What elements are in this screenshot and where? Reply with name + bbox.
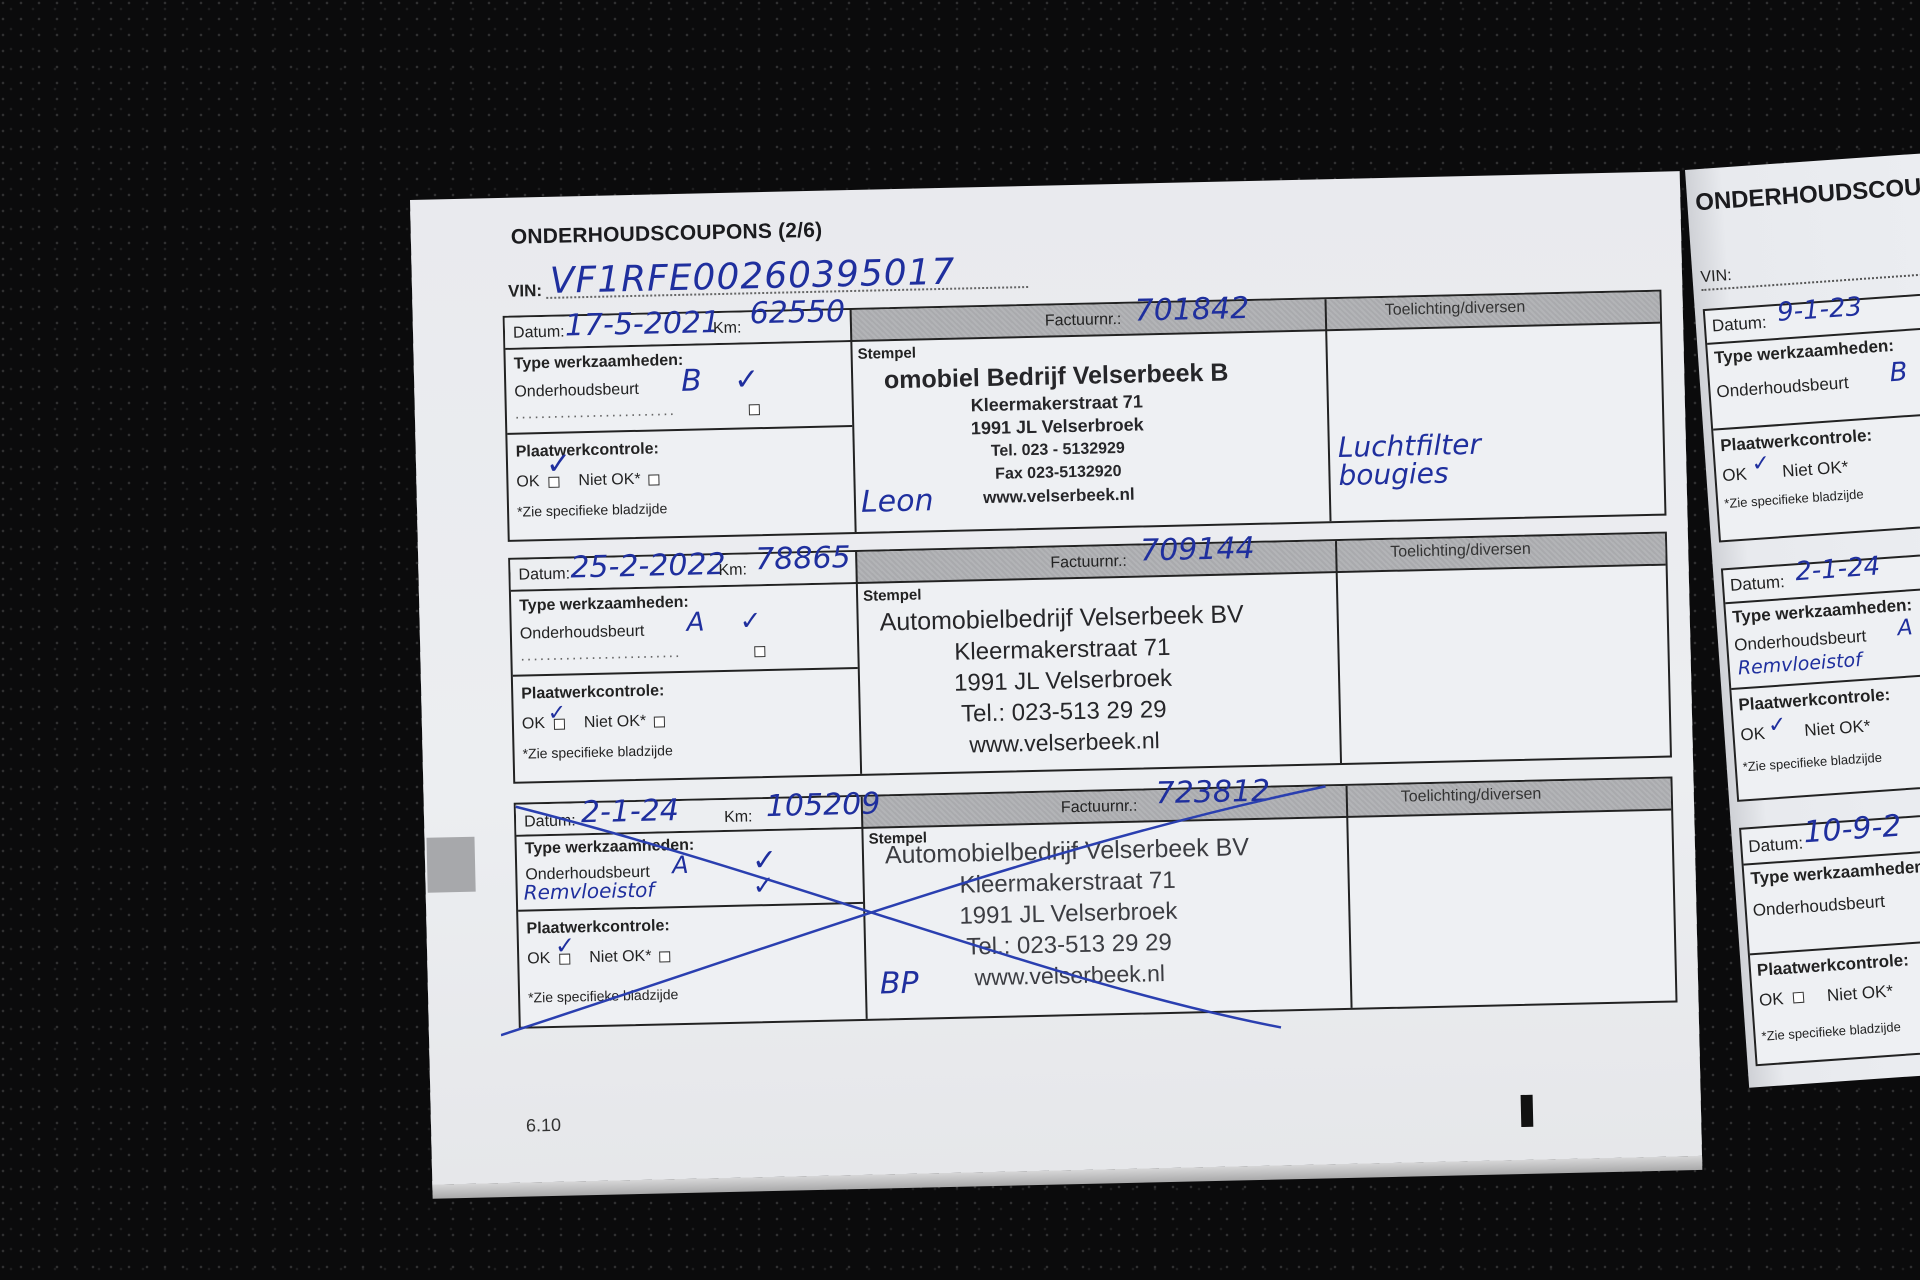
ok-checkmark: ✓ — [1767, 712, 1787, 738]
ok-label: OK — [1740, 724, 1766, 746]
date-label: Datum: — [524, 812, 576, 831]
work-type-label: Type werkzaamheden: — [525, 837, 695, 859]
ok-label: OK — [516, 473, 540, 492]
body-check-label: Plaatwerkcontrole: — [516, 440, 660, 461]
coupon-header-band: Datum: 25-2-2022 Km: 78865 Factuurnr.: 7… — [510, 534, 1665, 592]
footnote: *Zie specifieke bladzijde — [517, 500, 668, 519]
column-divider — [850, 310, 857, 532]
not-ok-checkbox[interactable] — [648, 474, 659, 485]
page-title: ONDERHOUDSCOUPONS (2/6) — [511, 219, 823, 250]
body-check-label: Plaatwerkcontrole: — [521, 682, 665, 703]
not-ok-label: Niet OK* — [589, 948, 652, 967]
not-ok-checkbox[interactable] — [659, 951, 670, 962]
service-type-value: A — [686, 607, 704, 637]
notes-header: Toelichting/diversen — [1390, 541, 1531, 562]
date-value: 2-1-24 — [1794, 551, 1881, 587]
body-check-label: Plaatwerkcontrole: — [526, 917, 670, 938]
date-label: Datum: — [1729, 572, 1785, 596]
service-label: Onderhoudsbeurt — [520, 623, 645, 644]
extra-item-checkmark: ✓ — [752, 871, 774, 901]
ok-checkmark: ✓ — [546, 446, 572, 482]
body-check-label: Plaatwerkcontrole: — [1738, 685, 1891, 716]
service-checkmark: ✓ — [739, 606, 761, 636]
page-number: 6.10 — [526, 1115, 562, 1137]
row-divider — [507, 425, 852, 435]
service-checkmark: ✓ — [734, 362, 760, 398]
date-value: 17-5-2021 — [565, 305, 721, 344]
extra-item-value: Remvloeistof — [523, 878, 654, 905]
row-divider — [513, 667, 858, 677]
date-value: 25-2-2022 — [570, 547, 726, 586]
maintenance-booklet-left-page: ONDERHOUDSCOUPONS (2/6) VIN: VF1RFE00260… — [410, 171, 1702, 1185]
stamp-label: Stempel — [863, 587, 922, 605]
dealer-stamp: Automobielbedrijf Velserbeek BV Kleermak… — [861, 599, 1264, 763]
date-value: 2-1-24 — [581, 793, 680, 830]
date-value: 10-9-2 — [1802, 809, 1902, 851]
date-label: Datum: — [518, 565, 570, 584]
date-label: Datum: — [1711, 313, 1767, 337]
body-check-label: Plaatwerkcontrole: — [1756, 950, 1909, 981]
km-label: Km: — [713, 320, 742, 339]
work-type-label: Type werkzaamheden: — [519, 594, 689, 616]
footnote: *Zie specifieke bladzijde — [522, 742, 673, 761]
not-ok-label: Niet OK* — [1804, 716, 1871, 741]
invoice-label: Factuurnr.: — [1061, 798, 1138, 818]
dealer-stamp: Automobielbedrijf Velserbeek BV Kleermak… — [867, 832, 1270, 996]
column-divider — [861, 797, 868, 1019]
vin-value: VF1RFE00260395017 — [549, 252, 955, 302]
service-type-value: B — [681, 363, 702, 398]
invoice-label: Factuurnr.: — [1045, 311, 1122, 331]
maintenance-coupon: Datum: 10-9-2 Type werkzaamheden: Onderh… — [1739, 807, 1920, 1067]
not-ok-label: Niet OK* — [1826, 982, 1893, 1007]
page-title: ONDERHOUDSCOUPONS — [1694, 169, 1920, 217]
ok-checkbox[interactable] — [1793, 992, 1805, 1004]
km-value: 105209 — [765, 786, 880, 824]
page-edge — [432, 1156, 1702, 1199]
maintenance-coupon: Datum: 25-2-2022 Km: 78865 Factuurnr.: 7… — [508, 532, 1672, 784]
invoice-value: 723812 — [1155, 774, 1270, 812]
ok-label: OK — [527, 950, 551, 969]
service-label: Onderhoudsbeurt — [1716, 373, 1849, 402]
service-type-value: B — [1889, 357, 1909, 388]
not-ok-label: Niet OK* — [1782, 457, 1849, 482]
invoice-value: 709144 — [1140, 531, 1255, 569]
column-divider — [855, 552, 862, 774]
invoice-value: 701842 — [1134, 291, 1249, 329]
column-divider — [1346, 786, 1353, 1008]
notes-header: Toelichting/diversen — [1385, 299, 1526, 320]
ok-checkmark: ✓ — [555, 931, 576, 959]
service-type-value: A — [672, 851, 689, 879]
ok-label: OK — [522, 715, 546, 734]
coupon-header-band: Datum: 2-1-24 Km: 105209 Factuurnr.: 723… — [516, 779, 1671, 837]
not-ok-label: Niet OK* — [584, 713, 647, 732]
maintenance-coupon: Datum: 9-1-23 K Type werkzaamheden: Onde… — [1703, 288, 1920, 543]
mechanic-signature: Leon — [861, 483, 934, 520]
km-value: 62550 — [749, 294, 845, 331]
maintenance-booklet-right-page: ONDERHOUDSCOUPONS VIN: Datum: 9-1-23 K T… — [1685, 149, 1920, 1088]
print-registration-mark — [1521, 1095, 1534, 1127]
mechanic-signature: BP — [880, 966, 919, 1002]
stamp-label: Stempel — [857, 345, 916, 363]
vin-label: VIN: — [508, 281, 542, 302]
not-ok-label: Niet OK* — [578, 471, 641, 490]
km-label: Km: — [718, 561, 747, 580]
section-tab-marker — [426, 837, 475, 893]
service-label: Onderhoudsbeurt — [1752, 892, 1885, 921]
ok-label: OK — [1758, 989, 1784, 1011]
date-label: Datum: — [513, 324, 565, 343]
vin-field: VIN: — [1700, 250, 1920, 291]
notes-header: Toelichting/diversen — [1401, 785, 1542, 806]
extra-item-checkbox[interactable] — [754, 646, 765, 657]
maintenance-coupon: Datum: 17-5-2021 Km: 62550 Factuurnr.: 7… — [503, 290, 1667, 542]
vin-label: VIN: — [1700, 267, 1732, 286]
not-ok-checkbox[interactable] — [654, 716, 665, 727]
column-divider — [1335, 541, 1342, 763]
notes-value: Luchtfilter bougies — [1338, 431, 1482, 490]
ok-checkmark: ✓ — [1751, 451, 1771, 477]
date-label: Datum: — [1748, 833, 1804, 857]
extra-item-checkbox[interactable] — [749, 404, 760, 415]
footnote: *Zie specifieke bladzijde — [1761, 1019, 1901, 1044]
extra-item-dotted-line: ......................... — [515, 402, 677, 424]
row-divider — [1713, 408, 1920, 431]
ok-checkmark: ✓ — [547, 701, 566, 726]
extra-item-dotted-line: ......................... — [520, 644, 682, 666]
maintenance-coupon: Datum: 2-1-24 Type werkzaamheden: Onderh… — [1721, 547, 1920, 802]
body-check-label: Plaatwerkcontrole: — [1720, 426, 1873, 457]
invoice-label: Factuurnr.: — [1050, 553, 1127, 573]
km-value: 78865 — [755, 540, 851, 577]
ok-label: OK — [1722, 464, 1748, 486]
service-type-value: A — [1897, 615, 1914, 641]
column-divider — [1324, 299, 1331, 521]
work-type-label: Type werkzaamheden: — [514, 352, 684, 374]
date-value: 9-1-23 — [1776, 292, 1863, 328]
footnote: *Zie specifieke bladzijde — [1724, 486, 1864, 511]
km-label: Km: — [724, 808, 753, 827]
maintenance-coupon: Datum: 2-1-24 Km: 105209 Factuurnr.: 723… — [514, 777, 1678, 1029]
footnote: *Zie specifieke bladzijde — [1742, 750, 1882, 775]
service-label: Onderhoudsbeurt — [514, 381, 639, 402]
footnote: *Zie specifieke bladzijde — [528, 986, 679, 1005]
